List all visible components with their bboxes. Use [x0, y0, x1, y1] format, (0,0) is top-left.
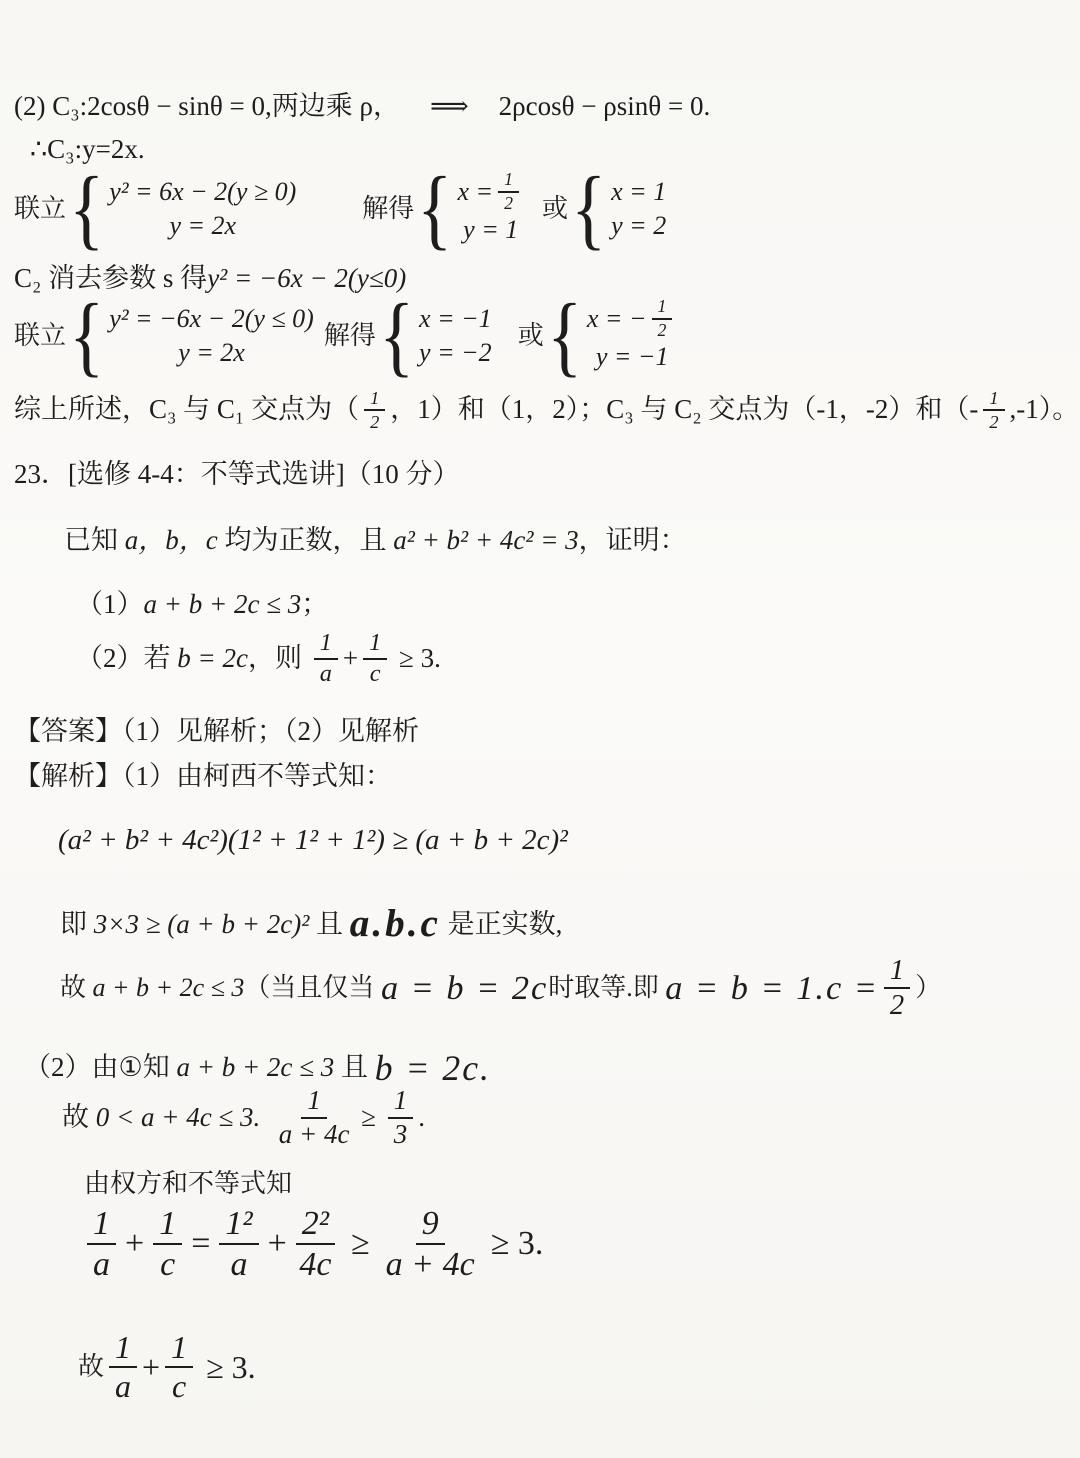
ji-line: 即 3×3 ≥ (a + b + 2c)² 且 a.b.c 是正实数,	[60, 900, 562, 949]
fraction-numerator: 1	[983, 388, 1004, 411]
step1-inequality: a + b + 2c ≤ 3	[176, 1051, 334, 1085]
solution-2-y: y = −1	[596, 340, 669, 374]
fraction: 1 2	[652, 297, 673, 340]
abc-variables: a.b.c	[350, 900, 441, 949]
solution-1-x: x = −1	[419, 302, 492, 336]
summary-text-a: 综上所述，C₃ 与 C₁ 交点为（	[14, 393, 359, 427]
solution-1-y: y = −2	[419, 336, 492, 370]
fraction: 1 2	[364, 388, 385, 432]
plus-sign: +	[343, 642, 358, 676]
final-gu: 故	[78, 1351, 104, 1384]
solution-1: x = 1 2 y = 1	[458, 170, 524, 247]
fraction-denominator: 2	[989, 411, 998, 432]
given-variables: a，b，c	[125, 524, 218, 558]
analysis-text: 【解析】（1）由柯西不等式知：	[14, 760, 392, 794]
fraction: 2² 4c	[296, 1205, 335, 1284]
gu-close-paren: ）	[915, 972, 941, 1005]
left-brace: {	[379, 293, 414, 379]
gu-pre: 故	[60, 972, 93, 1005]
fraction-denominator: 4c	[299, 1245, 331, 1283]
part-2-condition: b = 2c	[177, 642, 248, 676]
left-brace: {	[69, 293, 104, 379]
step1-pre: （2）由①知	[24, 1051, 176, 1085]
jiede-label: 解得	[362, 193, 414, 226]
equation-1: y² = 6x − 2(y ≥ 0)	[109, 175, 296, 209]
solution-2: x = 1 y = 2	[611, 175, 666, 243]
or-label: 或	[518, 320, 544, 353]
gu-conclusion-line: 故 a + b + 2c ≤ 3 （当且仅当 a = b = 2c 时取等.即 …	[60, 955, 941, 1022]
ji-math: 3×3 ≥ (a + b + 2c)²	[94, 908, 310, 942]
solution-2: x = − 1 2 y = −1	[587, 297, 677, 374]
fraction-numerator: 1²	[219, 1205, 258, 1245]
solution-1-x: x = 1 2	[458, 170, 524, 213]
part-1-end: ；	[301, 588, 328, 622]
fraction-numerator: 1	[652, 297, 673, 319]
system-2: 联立 { y² = −6x − 2(y ≤ 0) y = 2x 解得 { x =…	[14, 295, 677, 377]
implies-arrow: ⟹	[430, 90, 469, 124]
step2-pre: 故	[62, 1101, 96, 1135]
fraction-numerator: 1	[884, 955, 910, 989]
gu-inequality: a + b + 2c ≤ 3	[93, 972, 245, 1005]
fraction-denominator: 2	[504, 193, 513, 213]
fraction-denominator: a	[93, 1245, 110, 1283]
system-2-equations: y² = −6x − 2(y ≤ 0) y = 2x	[109, 302, 314, 370]
fraction-numerator: 1	[109, 1330, 137, 1368]
fraction-numerator: 1	[165, 1330, 193, 1368]
plus-sign: +	[125, 1223, 144, 1266]
gu-paren-text: （当且仅当	[244, 972, 381, 1005]
equation-2: y = 2x	[178, 336, 245, 370]
part-1-statement: （1） a + b + 2c ≤ 3 ；	[76, 588, 328, 622]
part-1-inequality: a + b + 2c ≤ 3	[144, 588, 302, 622]
step1-condition: b = 2c.	[375, 1046, 491, 1091]
part2-step2-line: 故 0 < a + 4c ≤ 3. 1 a + 4c ≥ 1 3 .	[62, 1086, 425, 1149]
fraction-denominator: a	[320, 660, 332, 688]
problem-23-title: 23．[选修 4-4：不等式选讲]（10 分）	[14, 458, 459, 492]
cauchy-formula: (a² + b² + 4c²)(1² + 1² + 1²) ≥ (a + b +…	[58, 822, 568, 858]
part-1-label: （1）	[76, 588, 144, 622]
fraction-numerator: 1	[363, 630, 387, 660]
given-pre: 已知	[64, 524, 125, 558]
fraction-numerator: 1	[388, 1086, 414, 1119]
fraction: 1 2	[498, 170, 519, 213]
equality-condition-1: a = b = 2c	[381, 967, 548, 1010]
left-brace: {	[547, 293, 582, 379]
summary-text-c: ,-1）。	[1010, 393, 1080, 427]
fraction-chain-line: 1 a + 1 c = 1² a + 2² 4c ≥ 9 a + 4c ≥ 3.	[78, 1205, 550, 1284]
solution-1-y: y = 1	[463, 213, 518, 247]
cauchy-inequality-line: (a² + b² + 4c²)(1² + 1² + 1²) ≥ (a + b +…	[58, 822, 568, 858]
final-conclusion-line: 故 1 a + 1 c ≥ 3.	[78, 1330, 256, 1404]
x-equals-minus: x = −	[587, 302, 647, 336]
fraction: 1 c	[363, 630, 387, 687]
system-1: 联立 { y² = 6x − 2(y ≥ 0) y = 2x 解得 { x = …	[14, 168, 666, 250]
solution-2-x: x = 1	[611, 175, 666, 209]
c2-equation: y² = −6x − 2(y≤0)	[207, 262, 406, 296]
equation-1: y² = −6x − 2(y ≤ 0)	[109, 302, 314, 336]
fraction-numerator: 1	[498, 170, 519, 192]
power-mean-label-line: 由权方和不等式知	[84, 1168, 292, 1201]
fraction-denominator: a + 4c	[279, 1119, 350, 1150]
polar-conversion-line: (2) C₃:2cosθ − sinθ = 0,两边乘 ρ， ⟹ 2ρcosθ …	[14, 90, 710, 124]
ji-pre: 即	[60, 908, 94, 942]
fraction: 1 c	[165, 1330, 193, 1404]
fraction: 1 a	[314, 630, 338, 687]
summary-line: 综上所述，C₃ 与 C₁ 交点为（ 1 2 ，1）和（1，2）；C₃ 与 C₂ …	[14, 388, 1079, 432]
or-label: 或	[542, 193, 568, 226]
fraction: 1 3	[388, 1086, 414, 1149]
c2-eliminate-text: C₂ 消去参数 s 得	[14, 262, 207, 296]
fraction: 1 a	[109, 1330, 137, 1404]
final-geq-three: ≥ 3.	[198, 1347, 256, 1387]
fraction-denominator: c	[160, 1245, 175, 1283]
fraction-numerator: 1	[364, 388, 385, 411]
fraction: 1 a + 4c	[279, 1086, 350, 1149]
given-condition: a² + b² + 4c² = 3	[393, 524, 578, 558]
gu-mid-text: 时取等.即	[548, 972, 665, 1005]
polar-equation-result: 2ρcosθ − ρsinθ = 0.	[499, 90, 711, 124]
exam-solution-page: (2) C₃:2cosθ − sinθ = 0,两边乘 ρ， ⟹ 2ρcosθ …	[0, 0, 1080, 1458]
fraction-denominator: c	[172, 1368, 186, 1404]
fraction-denominator: c	[370, 660, 381, 688]
lianli-label: 联立	[14, 320, 66, 353]
solution-1: x = −1 y = −2	[419, 302, 492, 370]
given-mid: 均为正数，且	[218, 524, 394, 558]
part2-step1-line: （2）由①知 a + b + 2c ≤ 3 且 b = 2c.	[24, 1046, 491, 1091]
fraction-numerator: 2²	[296, 1205, 335, 1245]
part-2-statement: （2）若 b = 2c ，则 1 a + 1 c ≥ 3.	[76, 630, 441, 687]
fraction-denominator: 2	[890, 989, 904, 1021]
jiede-label: 解得	[324, 320, 376, 353]
analysis-line: 【解析】（1）由柯西不等式知：	[14, 760, 392, 794]
fraction-numerator: 9	[416, 1205, 445, 1245]
fraction: 9 a + 4c	[386, 1205, 475, 1284]
left-brace: {	[69, 166, 104, 252]
answer-text: 【答案】（1）见解析；（2）见解析	[14, 715, 419, 749]
geq-sign: ≥	[354, 1101, 382, 1135]
fraction: 1 2	[884, 955, 910, 1022]
given-line: 已知 a，b，c 均为正数，且 a² + b² + 4c² = 3 ，证明：	[64, 524, 687, 558]
fraction-numerator: 1	[314, 630, 338, 660]
geq-three: ≥ 3.	[491, 1223, 544, 1266]
fraction-denominator: a	[230, 1245, 247, 1283]
fraction-denominator: 2	[370, 411, 379, 432]
solution-2-x: x = − 1 2	[587, 297, 677, 340]
fraction-denominator: a + 4c	[386, 1245, 475, 1283]
part-2-end: ≥ 3.	[392, 642, 441, 676]
fraction-numerator: 1	[153, 1205, 182, 1245]
equation-2: y = 2x	[169, 209, 236, 243]
part-2-label: （2）若	[76, 642, 177, 676]
part-2-mid: ，则	[248, 642, 309, 676]
fraction: 1 2	[983, 388, 1004, 432]
geq-sign: ≥	[351, 1223, 370, 1266]
answer-line: 【答案】（1）见解析；（2）见解析	[14, 715, 419, 749]
solution-2-y: y = 2	[611, 209, 666, 243]
equals-sign: =	[191, 1223, 210, 1266]
fraction-denominator: a	[115, 1368, 131, 1404]
fraction: 1 c	[153, 1205, 182, 1284]
step2-inequality: 0 < a + 4c ≤ 3.	[96, 1101, 274, 1135]
ji-post: 是正实数,	[441, 908, 563, 942]
power-mean-text: 由权方和不等式知	[84, 1168, 292, 1201]
summary-text-b: ，1）和（1，2）；C₃ 与 C₂ 交点为（-1，-2）和（-	[390, 393, 978, 427]
fraction: 1² a	[219, 1205, 258, 1284]
step1-mid: 且	[334, 1051, 375, 1085]
fraction-denominator: 3	[394, 1119, 408, 1150]
fraction-denominator: 2	[658, 320, 667, 340]
polar-equation-text: (2) C₃:2cosθ − sinθ = 0,两边乘 ρ，	[14, 90, 400, 124]
left-brace: {	[417, 166, 452, 252]
fraction: 1 a	[87, 1205, 116, 1284]
x-equals: x =	[458, 175, 494, 209]
qie-text: 且	[309, 908, 350, 942]
given-post: ，证明：	[579, 524, 687, 558]
fraction-numerator: 1	[301, 1086, 327, 1119]
step2-period: .	[418, 1101, 425, 1135]
left-brace: {	[571, 166, 606, 252]
system-1-equations: y² = 6x − 2(y ≥ 0) y = 2x	[109, 175, 296, 243]
plus-sign: +	[142, 1347, 160, 1387]
equality-condition-2: a = b = 1.c =	[665, 967, 879, 1010]
lianli-label: 联立	[14, 193, 66, 226]
plus-sign: +	[268, 1223, 287, 1266]
problem-title-text: 23．[选修 4-4：不等式选讲]（10 分）	[14, 458, 459, 492]
fraction-numerator: 1	[87, 1205, 116, 1245]
